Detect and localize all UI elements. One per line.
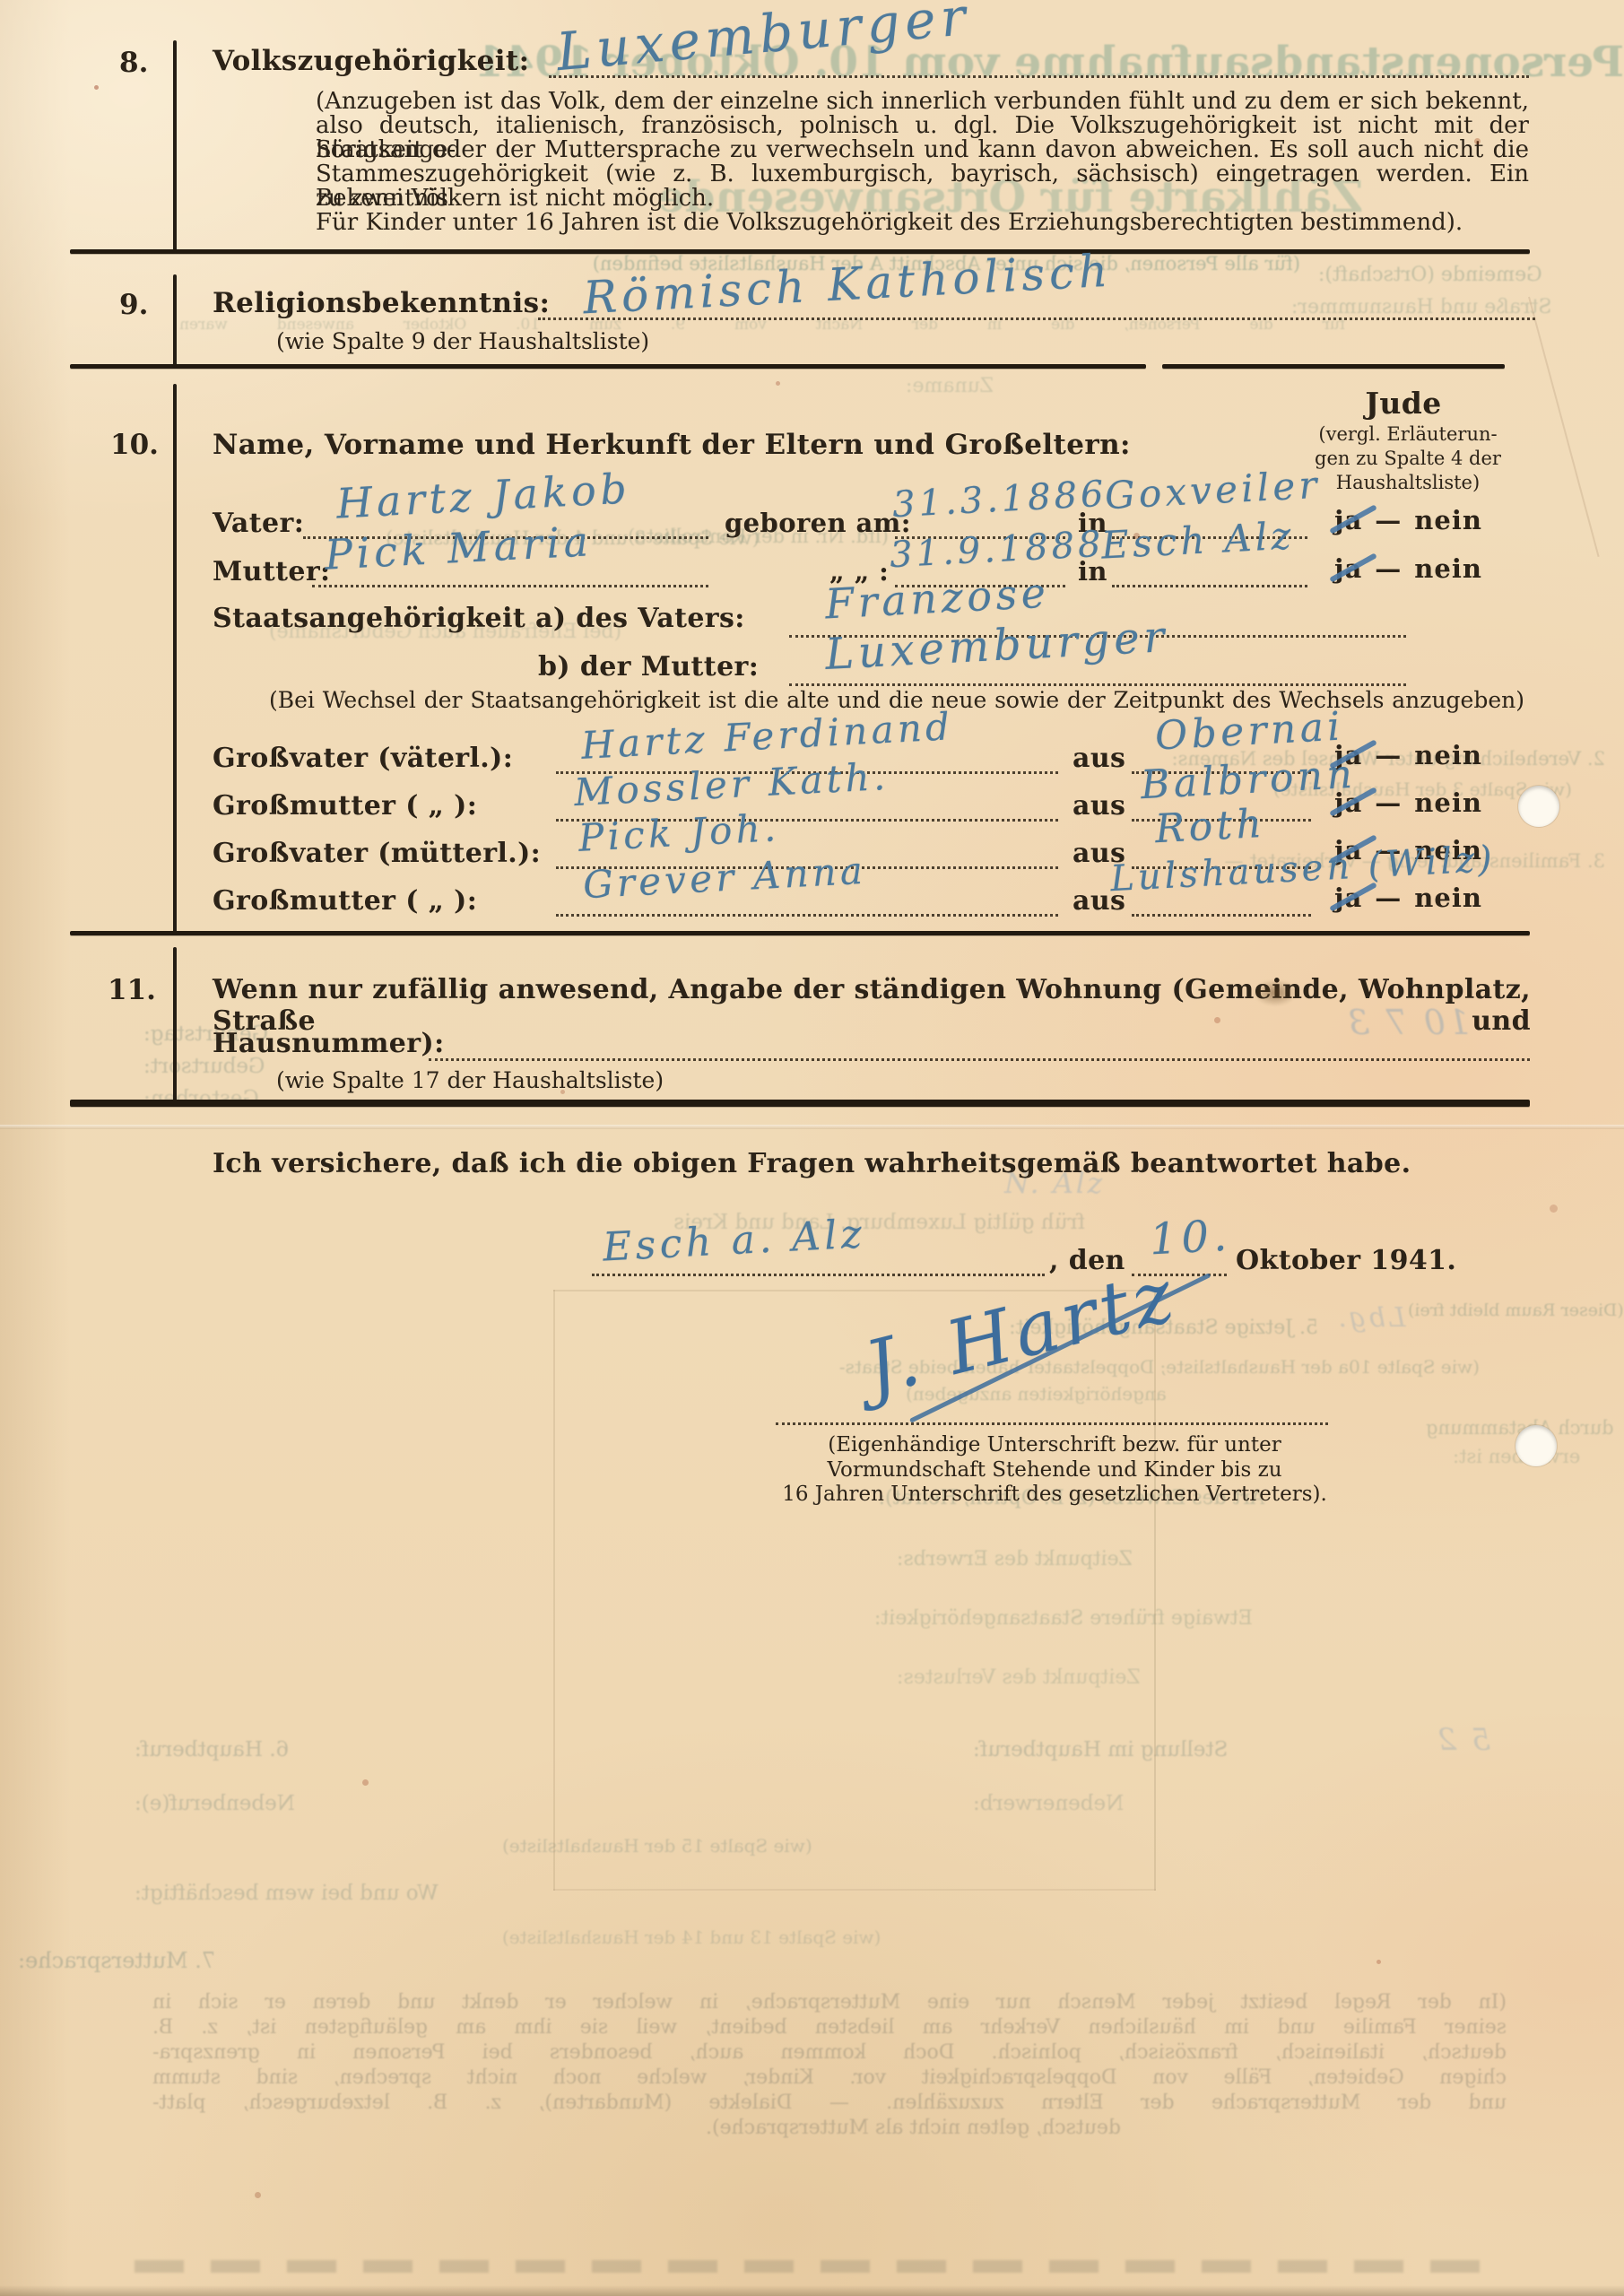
section-rule [70,1100,1530,1107]
section-rule [1162,364,1505,369]
bleed-through-text: und der Muttersprache der Eltern zuzuzäh… [152,2092,1507,2114]
declaration-statement: Ich versichere, daß ich die obigen Frage… [213,1148,1411,1179]
bleed-through-text: Zeitpunkt des Erwerbs: [897,1548,1133,1570]
field-dotted-line [1132,914,1311,917]
bleed-through-footer [135,2260,1480,2273]
signature-caption-line: (Eigenhändige Unterschrift bezw. für unt… [778,1433,1331,1458]
nein-option: nein [1414,883,1482,913]
bleed-through-text: (In der Regel besitzt jeder Mensch nur e… [152,1991,1507,2013]
punch-hole [1518,786,1559,827]
religion-label: Religionsbekenntnis: [213,287,550,319]
grossmutter-vaeterl-label: Großmutter ( „ ): [213,790,477,822]
item-number: 9. [119,289,148,321]
bleed-through-text: chigen Gebieten, Fälle von Doppelsprachi… [152,2066,1507,2089]
dash: — [1375,553,1402,584]
religion-note: (wie Spalte 9 der Haushaltsliste) [276,328,649,354]
ghost-table-rule [553,1889,1156,1891]
bleed-through-text: Zuname: [906,375,994,397]
section-rule [70,931,1530,935]
section-rule [70,364,1146,369]
eltern-grosseltern-label: Name, Vorname und Herkunft der Eltern un… [213,429,1131,461]
wohnung-note: (wie Spalte 17 der Haushaltsliste) [276,1067,664,1093]
bleed-through-text: Nebenerwerb: [973,1792,1124,1815]
bleed-through-text: (wie Spalte 15 der Haushaltsliste) [502,1835,812,1857]
nein-option: nein [1414,740,1482,770]
bleed-through-text: Wo und bei wem beschäftigt: [135,1882,439,1905]
jude-note-line: (vergl. Erläuterun- [1273,423,1542,445]
explanation-line: hörigkeit oder der Muttersprache zu verw… [316,138,1529,162]
aus-label: aus [1073,790,1125,822]
dash: — [1375,787,1402,818]
page-bottom-edge [0,2285,1624,2296]
field-dotted-line [556,914,1058,917]
aus-label: aus [1073,743,1125,774]
item-divider-rule [173,384,177,933]
punch-hole [1515,1425,1557,1466]
item-number: 11. [108,974,156,1006]
explanation-line: (Anzugeben ist das Volk, dem der einzeln… [316,90,1529,114]
bleed-through-text: Zeitpunkt des Verlustes: [897,1666,1141,1689]
field-dotted-line [312,585,708,587]
bleed-through-text: deutsch, gelten nicht als Muttersprache)… [152,2117,1121,2139]
hausnummer-label: Hausnummer): [213,1028,445,1059]
answer-dotted-line [538,317,1535,320]
grossmutter-vaeterl-jude-ja-nein: ja—nein [1334,787,1482,818]
geboren-am-label: geboren am: [725,508,911,538]
field-dotted-line [789,683,1406,686]
jude-column-header: Jude [1327,386,1480,421]
foxing-specks [94,85,99,90]
dash: — [1375,505,1402,535]
answer-dotted-line [549,75,1529,78]
explanation-line: zu zwei Völkern ist nicht möglich. [316,187,1529,211]
nein-option: nein [1414,553,1482,584]
nein-option: nein [1414,787,1482,818]
ghost-table-rule [553,1290,555,1891]
bleed-through-text: (wie Spalte 13 und 14 der Haushaltsliste… [502,1926,881,1948]
staatsangehoerigkeit-vater-label: Staatsangehörigkeit a) des Vaters: [213,603,745,634]
section-rule [70,249,1530,254]
staatsangehoerigkeit-mutter-label: b) der Mutter: [538,651,759,683]
bleed-through-text: Nebenberuf(e): [135,1792,295,1815]
dash: — [1375,740,1402,770]
grossvater-muetterl-label: Großvater (mütterl.): [213,838,541,869]
signature-caption-line: Vormundschaft Stehende und Kinder bis zu [778,1458,1331,1483]
ghost-table-rule [1154,1290,1156,1891]
bleed-through-text: Lbg. [1336,1302,1405,1334]
grossmutter-muetterl-jude-ja-nein: ja—nein [1334,883,1482,913]
grossvater-muetterl-place-handwriting: Roth [1154,801,1267,852]
dash: — [1375,883,1402,913]
bleed-through-text: deutsch, italienisch, französisch, polni… [152,2041,1507,2064]
vater-label: Vater: [213,508,304,539]
signature-dotted-line [776,1422,1328,1425]
bleed-through-text: 5 2 [1435,1722,1490,1758]
bleed-through-text: (Dieser Raum bleibt frei) [1408,1300,1624,1320]
census-form-page: Personenstandsaufnahme vom 10. Oktober 1… [0,0,1624,2296]
bleed-through-text: Gestorben: [143,1087,259,1110]
grossmutter-muetterl-label: Großmutter ( „ ): [213,885,477,917]
month-year-label: Oktober 1941. [1236,1245,1456,1276]
ink-stain [1254,979,1297,1006]
bleed-through-text: 7. Muttersprache: [18,1948,215,1973]
mutter-label: Mutter: [213,556,331,587]
bleed-through-text: Gemeinde (Ortschaft): [1318,264,1542,286]
bleed-through-text: Stellung im Hauptberuf: [973,1738,1228,1761]
grossvater-vaeterl-label: Großvater (väterl.): [213,743,513,774]
item-divider-rule [173,947,177,1101]
field-dotted-line [1112,585,1307,587]
vater-jude-ja-nein: ja—nein [1334,505,1482,535]
grossvater-vaeterl-jude-ja-nein: ja—nein [1334,740,1482,770]
bleed-through-text: seiner Familie und im häuslichen Verkehr… [152,2016,1507,2039]
explanation-line: Für Kinder unter 16 Jahren ist die Volks… [316,211,1529,235]
place-dotted-line [592,1274,1045,1276]
bleed-through-text: Etwaige frühere Staatsangehörigkeit: [874,1607,1253,1630]
mutter-jude-ja-nein: ja—nein [1334,553,1482,584]
item-number: 8. [119,47,148,79]
paper-fold-crease [0,1125,1624,1129]
bleed-through-text: 6. Hauptberuf: [135,1738,289,1761]
signature-caption: (Eigenhändige Unterschrift bezw. für unt… [778,1433,1331,1508]
volkszugehoerigkeit-label: Volkszugehörigkeit: [213,45,529,77]
signature-caption-line: 16 Jahren Unterschrift des gesetzlichen … [778,1483,1331,1508]
item-number: 10. [110,429,159,461]
item-divider-rule [173,274,177,366]
nein-option: nein [1414,505,1482,535]
item-divider-rule [173,40,177,253]
answer-dotted-line [429,1058,1530,1061]
